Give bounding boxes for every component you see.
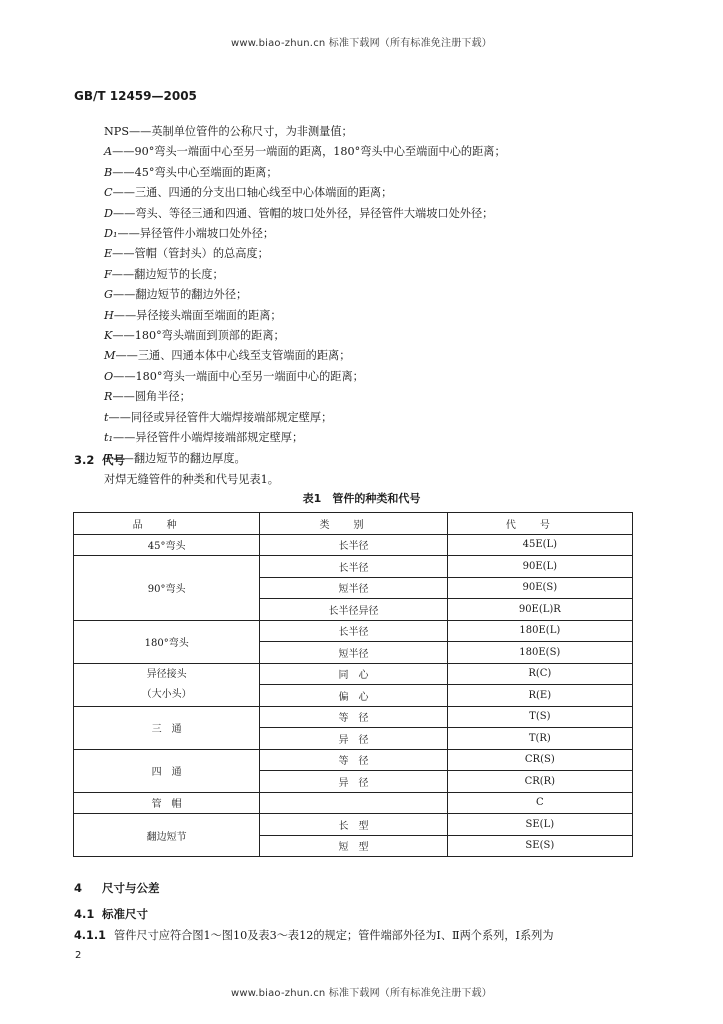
- cell-category: 短 型: [260, 835, 447, 857]
- cell-variety: 180°弯头: [74, 620, 260, 663]
- definition-item: t——同径或异径管件大端焊接端部规定壁厚；: [104, 408, 506, 428]
- definition-item: D——弯头、等径三通和四通、管帽的坡口处外径，异径管件大端坡口处外径；: [104, 204, 506, 224]
- definition-item: G——翻边短节的翻边外径；: [104, 285, 506, 305]
- fittings-code-table: 品种 类别 代号 45°弯头 长半径 45E(L) 90°弯头 长半径 90E(…: [73, 512, 633, 857]
- cell-category: 长半径: [260, 534, 447, 556]
- paragraph-text: 管件尺寸应符合图1～图10及表3～表12的规定；管件端部外径为Ⅰ、Ⅱ两个系列，Ⅰ…: [114, 929, 554, 942]
- cell-variety: 45°弯头: [74, 534, 260, 556]
- cell-category: 同 心: [260, 663, 447, 685]
- definition-symbol: E: [104, 247, 112, 260]
- table-row: 翻边短节 长 型 SE(L): [74, 814, 633, 836]
- cell-category: 异 径: [260, 771, 447, 793]
- section-heading-4: 4尺寸与公差: [74, 880, 160, 896]
- definition-item: R——圆角半径；: [104, 387, 506, 407]
- definition-item: H——异径接头端面至端面的距离；: [104, 306, 506, 326]
- cell-category: [260, 792, 447, 814]
- definition-item: D₁——异径管件小端坡口处外径；: [104, 224, 506, 244]
- definition-symbol: D: [104, 207, 113, 220]
- definition-text: ——弯头、等径三通和四通、管帽的坡口处外径，异径管件大端坡口处外径；: [113, 207, 493, 220]
- definition-item: M——三通、四通本体中心线至支管端面的距离；: [104, 346, 506, 366]
- definition-text: ——翻边短节的翻边厚度。: [111, 452, 245, 465]
- cell-code: 45E(L): [447, 534, 632, 556]
- variety-line-2: （大小头）: [74, 685, 259, 705]
- header-variety: 品种: [74, 513, 260, 535]
- definition-text: ——翻边短节的翻边外径；: [113, 288, 247, 301]
- cell-variety: 90°弯头: [74, 556, 260, 621]
- table-row: 四 通 等 径 CR(S): [74, 749, 633, 771]
- definition-item: B——45°弯头中心至端面的距离；: [104, 163, 506, 183]
- definition-text: ——翻边短节的长度；: [112, 268, 224, 281]
- table-row: 90°弯头 长半径 90E(L): [74, 556, 633, 578]
- cell-category: 偏 心: [260, 685, 447, 707]
- cell-code: C: [447, 792, 632, 814]
- definition-symbol: A: [104, 145, 112, 158]
- header-category: 类别: [260, 513, 447, 535]
- definition-item: E——管帽（管封头）的总高度；: [104, 244, 506, 264]
- standard-number: GB/T 12459—2005: [74, 89, 197, 103]
- section-4-1-1-paragraph: 4.1.1管件尺寸应符合图1～图10及表3～表12的规定；管件端部外径为Ⅰ、Ⅱ两…: [74, 927, 554, 943]
- definition-symbol: F: [104, 268, 112, 281]
- definition-symbol: H: [104, 309, 114, 322]
- section-number: 4: [74, 881, 102, 895]
- definition-text: ——三通、四通的分支出口轴心线至中心体端面的距离；: [113, 186, 393, 199]
- page-number: 2: [75, 950, 81, 961]
- cell-category: 长半径: [260, 620, 447, 642]
- cell-variety: 异径接头 （大小头）: [74, 663, 260, 706]
- definition-item: O——180°弯头一端面中心至另一端面中心的距离；: [104, 367, 506, 387]
- cell-category: 异 径: [260, 728, 447, 750]
- definition-item: t₁——异径管件小端焊接端部规定壁厚；: [104, 428, 506, 448]
- cell-code: SE(L): [447, 814, 632, 836]
- cell-code: T(R): [447, 728, 632, 750]
- cell-variety: 管 帽: [74, 792, 260, 814]
- cell-code: CR(S): [447, 749, 632, 771]
- definition-item: F——翻边短节的长度；: [104, 265, 506, 285]
- definition-text: ——180°弯头一端面中心至另一端面中心的距离；: [113, 370, 364, 383]
- section-number: 4.1: [74, 907, 102, 921]
- definition-symbol: B: [104, 166, 112, 179]
- section-title: 代号: [102, 453, 125, 467]
- cell-category: 长半径: [260, 556, 447, 578]
- definition-text: ——英制单位管件的公称尺寸，为非测量值；: [129, 125, 353, 138]
- definition-text: ——管帽（管封头）的总高度；: [112, 247, 269, 260]
- cell-category: 长半径异径: [260, 599, 447, 621]
- cell-category: 短半径: [260, 577, 447, 599]
- definition-text: ——180°弯头端面到顶部的距离；: [112, 329, 284, 342]
- definition-item: NPS——英制单位管件的公称尺寸，为非测量值；: [104, 122, 506, 142]
- cell-code: R(C): [447, 663, 632, 685]
- definition-item: T——翻边短节的翻边厚度。: [104, 449, 506, 469]
- cell-category: 长 型: [260, 814, 447, 836]
- table-row: 管 帽 C: [74, 792, 633, 814]
- definition-text: ——圆角半径；: [112, 390, 190, 403]
- definition-item: A——90°弯头一端面中心至另一端面的距离，180°弯头中心至端面中心的距离；: [104, 142, 506, 162]
- section-title: 标准尺寸: [102, 907, 148, 921]
- table-header-row: 品种 类别 代号: [74, 513, 633, 535]
- definition-text: ——异径管件小端坡口处外径；: [117, 227, 274, 240]
- section-number: 3.2: [74, 453, 102, 467]
- header-watermark: www.biao-zhun.cn 标准下载网（所有标准免注册下载）: [0, 34, 723, 49]
- cell-variety: 四 通: [74, 749, 260, 792]
- symbol-definitions: NPS——英制单位管件的公称尺寸，为非测量值； A——90°弯头一端面中心至另一…: [104, 122, 506, 469]
- section-heading-4-1: 4.1标准尺寸: [74, 906, 148, 922]
- definition-symbol: O: [104, 370, 113, 383]
- header-code: 代号: [447, 513, 632, 535]
- cell-category: 等 径: [260, 749, 447, 771]
- definition-symbol: M: [104, 349, 115, 362]
- cell-code: CR(R): [447, 771, 632, 793]
- table-row: 45°弯头 长半径 45E(L): [74, 534, 633, 556]
- definition-symbol: G: [104, 288, 113, 301]
- table-row: 180°弯头 长半径 180E(L): [74, 620, 633, 642]
- definition-symbol: t₁: [104, 431, 113, 444]
- definition-text: ——三通、四通本体中心线至支管端面的距离；: [115, 349, 350, 362]
- cell-variety: 三 通: [74, 706, 260, 749]
- definition-item: C——三通、四通的分支出口轴心线至中心体端面的距离；: [104, 183, 506, 203]
- section-heading-3-2: 3.2代号: [74, 452, 125, 468]
- section-number: 4.1.1: [74, 929, 114, 942]
- definition-item: K——180°弯头端面到顶部的距离；: [104, 326, 506, 346]
- table-row: 三 通 等 径 T(S): [74, 706, 633, 728]
- cell-code: 180E(L): [447, 620, 632, 642]
- cell-category: 短半径: [260, 642, 447, 664]
- variety-line-1: 异径接头: [74, 665, 259, 685]
- section-3-2-paragraph: 对焊无缝管件的种类和代号见表1。: [104, 471, 279, 487]
- definition-symbol: D₁: [104, 227, 117, 240]
- table-row: 异径接头 （大小头） 同 心 R(C): [74, 663, 633, 685]
- cell-code: R(E): [447, 685, 632, 707]
- cell-code: 90E(S): [447, 577, 632, 599]
- cell-variety: 翻边短节: [74, 814, 260, 857]
- cell-code: 90E(L)R: [447, 599, 632, 621]
- definition-symbol: NPS: [104, 125, 129, 138]
- cell-category: 等 径: [260, 706, 447, 728]
- definition-text: ——异径管件小端焊接端部规定壁厚；: [113, 431, 303, 444]
- cell-code: 180E(S): [447, 642, 632, 664]
- cell-code: SE(S): [447, 835, 632, 857]
- cell-code: T(S): [447, 706, 632, 728]
- cell-code: 90E(L): [447, 556, 632, 578]
- definition-text: ——90°弯头一端面中心至另一端面的距离，180°弯头中心至端面中心的距离；: [112, 145, 506, 158]
- section-title: 尺寸与公差: [102, 881, 160, 895]
- definition-text: ——同径或异径管件大端焊接端部规定壁厚；: [109, 411, 333, 424]
- table-title: 表1 管件的种类和代号: [0, 490, 723, 506]
- definition-text: ——异径接头端面至端面的距离；: [114, 309, 282, 322]
- definition-text: ——45°弯头中心至端面的距离；: [112, 166, 277, 179]
- definition-symbol: C: [104, 186, 113, 199]
- footer-watermark: www.biao-zhun.cn 标准下载网（所有标准免注册下载）: [0, 984, 723, 999]
